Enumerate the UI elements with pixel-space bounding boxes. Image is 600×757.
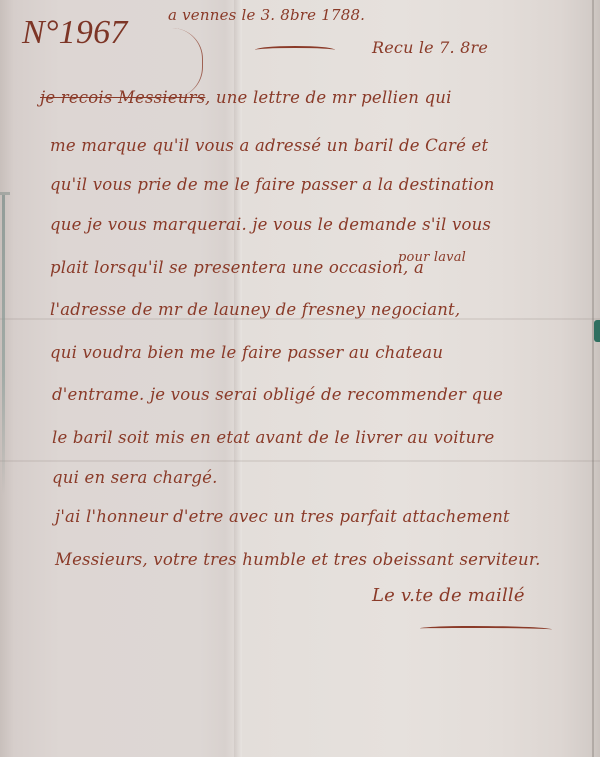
body-line-3: qu'il vous prie de me le faire passer a … — [50, 175, 495, 194]
body-line-10: qui en sera chargé. — [52, 468, 218, 487]
place-date: a vennes le 3. 8bre 1788. — [168, 6, 365, 24]
body-line-5: plait lorsqu'il se presentera une occasi… — [50, 258, 424, 277]
vertical-fold — [234, 0, 242, 757]
body-line-8: d'entrame. je vous serai obligé de recom… — [52, 385, 503, 404]
signature-flourish — [420, 626, 552, 632]
decorative-swash — [255, 46, 335, 54]
letter-page: N°1967 a vennes le 3. 8bre 1788. Recu le… — [0, 0, 600, 757]
signature: Le v.te de maillé — [372, 585, 525, 606]
horizontal-fold — [0, 460, 600, 462]
body-line-7: qui voudra bien me le faire passer au ch… — [50, 343, 443, 362]
page-edge — [592, 0, 594, 757]
letter-number: N°1967 — [22, 14, 127, 52]
closing-line-1: j'ai l'honneur d'etre avec un tres parfa… — [55, 507, 510, 526]
body-line-2: me marque qu'il vous a adressé un baril … — [50, 136, 488, 155]
seal-fragment — [594, 320, 600, 342]
body-line-9: le baril soit mis en etat avant de le li… — [52, 428, 494, 447]
body-line-4: que je vous marquerai. je vous le demand… — [50, 215, 491, 234]
received-note: Recu le 7. 8re — [372, 38, 488, 57]
body-line-1-rest: , une lettre de mr pellien qui — [205, 88, 452, 107]
closing-line-2: Messieurs, votre tres humble et tres obe… — [55, 550, 541, 569]
body-line-6: l'adresse de mr de launey de fresney neg… — [50, 300, 460, 319]
backing-sheet-edge — [2, 195, 5, 495]
